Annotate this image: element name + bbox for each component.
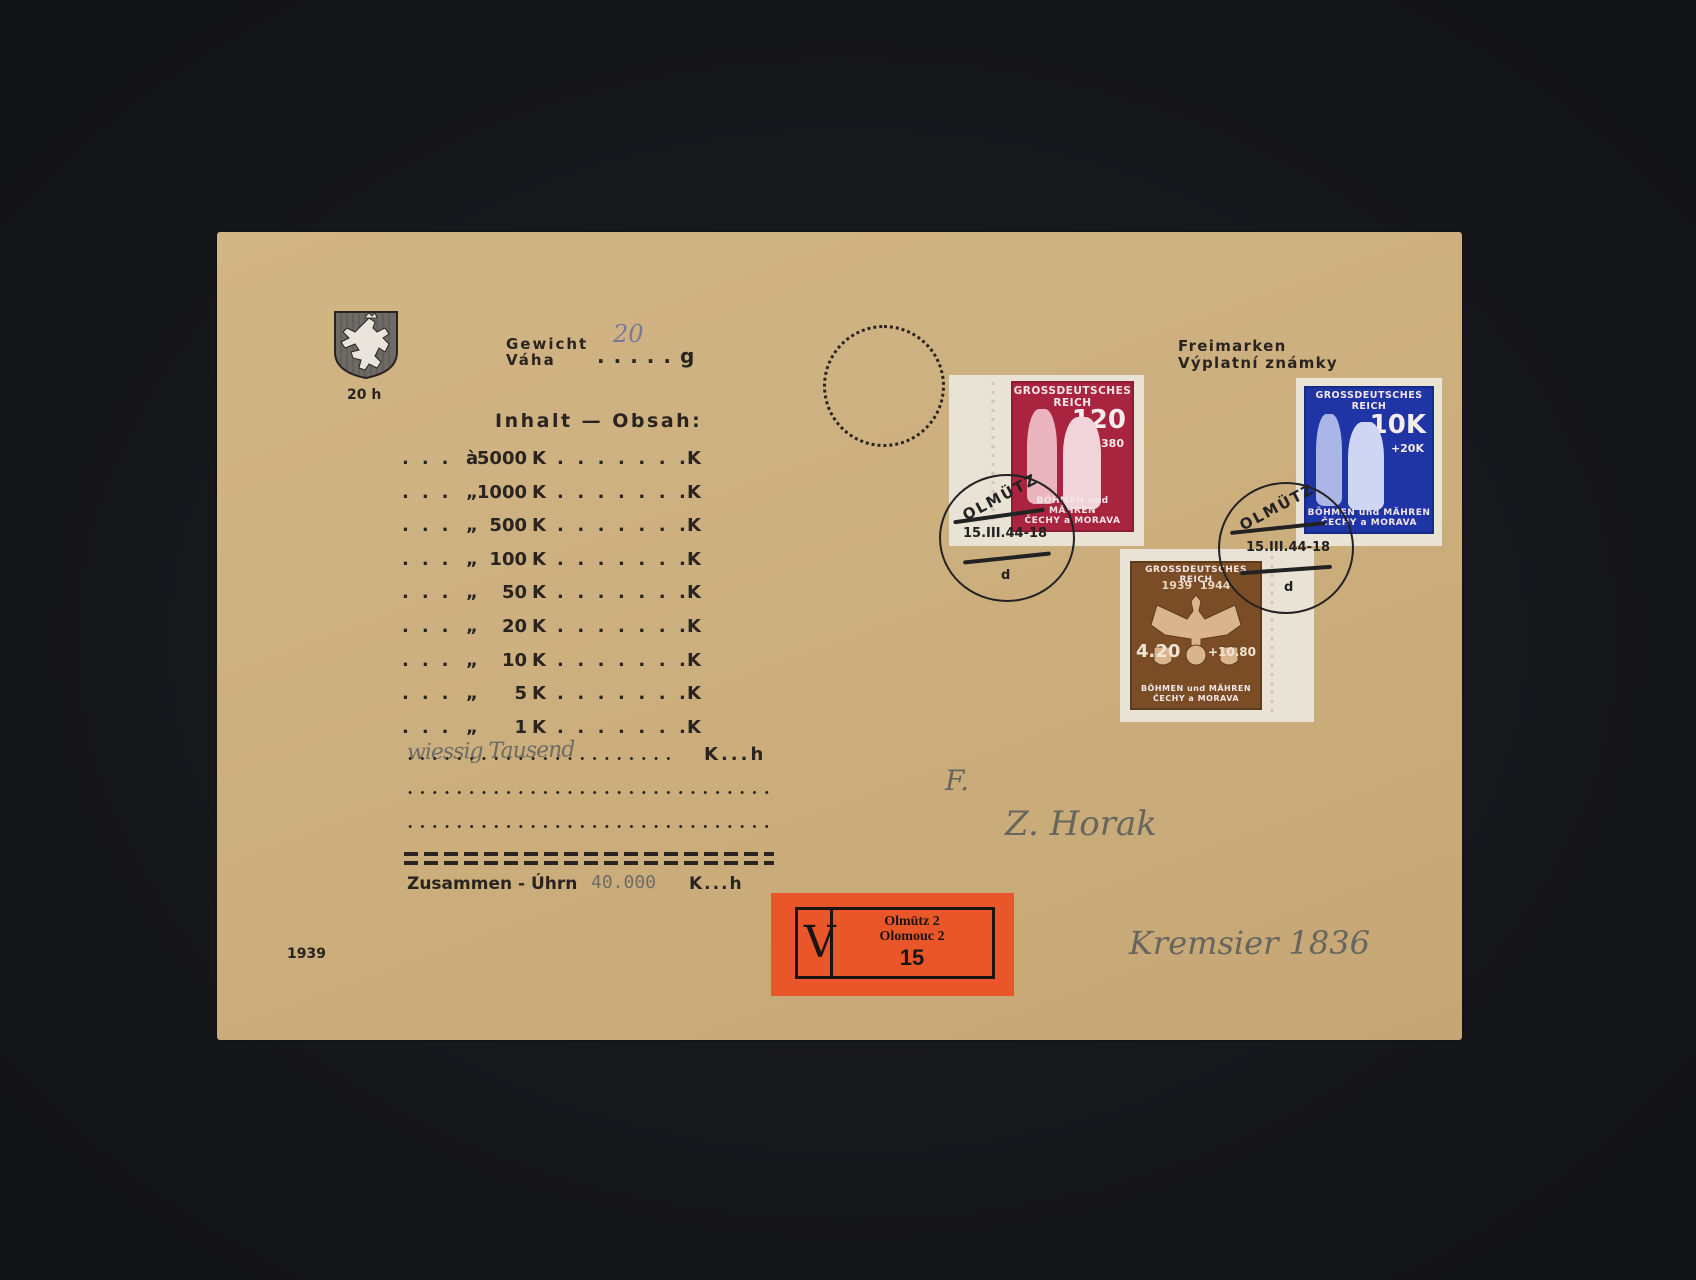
double-rule	[404, 852, 774, 856]
contents-row-unit: K	[532, 482, 546, 503]
contents-row-end: K	[687, 717, 701, 738]
contents-row-denomination: 50	[502, 582, 527, 603]
registration-office-de: Olmütz 2	[836, 914, 988, 929]
contents-row-unit: K	[532, 515, 546, 536]
registration-letter: V	[804, 910, 833, 976]
stamp-area-label-cz: Výplatní známky	[1178, 355, 1338, 372]
registration-text: Olmütz 2 Olomouc 2 15	[836, 914, 988, 972]
registration-number: 15	[836, 944, 988, 972]
weight-label-de: Gewicht	[506, 336, 588, 352]
contents-row-trail: .......	[557, 683, 699, 704]
contents-row-trail: .......	[557, 717, 699, 738]
postmark: OLMÜTZ 15.III.44-18 d	[939, 474, 1075, 602]
contents-row-end: K	[687, 616, 701, 637]
contents-row-trail: .......	[557, 482, 699, 503]
total-label: Zusammen - Úhrn	[407, 874, 577, 894]
stamp-top-text: GROSSDEUTSCHES REICH	[1306, 390, 1432, 412]
insured-letter-envelope: 20 h Gewicht Váha 20 .....g Inhalt — Obs…	[217, 232, 1462, 1040]
contents-row-end: K	[687, 448, 701, 469]
contents-row-lead: ...	[402, 616, 462, 637]
postmark: OLMÜTZ 15.III.44-18 d	[1218, 482, 1354, 614]
contents-row-trail: .......	[557, 448, 699, 469]
contents-row-mark: „	[466, 616, 478, 637]
contents-row: ...„20K.......K	[402, 616, 1002, 650]
contents-row-unit: K	[532, 717, 546, 738]
contents-row-end: K	[687, 515, 701, 536]
postmark-code: d	[1284, 580, 1293, 595]
postmark-bar	[963, 551, 1051, 564]
contents-row-lead: ...	[402, 582, 462, 603]
print-year: 1939	[287, 946, 326, 962]
total-suffix: K...h	[689, 874, 744, 894]
stamp-surcharge: +20K	[1391, 442, 1424, 455]
stamp-bottom-line: BÖHMEN und MÄHREN	[1132, 684, 1260, 694]
contents-row: ...à5000K.......K	[402, 448, 1002, 482]
contents-row-end: K	[687, 482, 701, 503]
contents-row-mark: „	[466, 717, 478, 738]
stamp-value: 4.20	[1136, 641, 1180, 662]
registration-label-frame: V Olmütz 2 Olomouc 2 15	[795, 907, 995, 979]
contents-row-trail: .......	[557, 582, 699, 603]
seal-circle	[823, 325, 945, 447]
dotted-line	[404, 757, 674, 760]
stamp-bottom-text: BÖHMEN und MÄHRENČECHY a MORAVA	[1132, 684, 1260, 704]
postmark-date: 15.III.44-18	[1246, 540, 1330, 555]
contents-row: ...„10K.......K	[402, 650, 1002, 684]
address-line-2: Z. Horak	[1005, 804, 1157, 844]
postmark-code: d	[1001, 568, 1010, 583]
contents-row-end: K	[687, 683, 701, 704]
handwritten-line-suffix: K...h	[704, 744, 766, 765]
contents-table: ...à5000K.......K...„1000K.......K...„50…	[402, 448, 1002, 750]
contents-row-unit: K	[532, 448, 546, 469]
dotted-line	[404, 825, 774, 828]
contents-row-denomination: 1	[514, 717, 527, 738]
stamp-surcharge: +10.80	[1208, 645, 1256, 659]
total-handwritten: 40.000	[591, 872, 656, 893]
weight-label: Gewicht Váha	[506, 336, 588, 368]
contents-row-mark: „	[466, 582, 478, 603]
contents-row-denomination: 10	[502, 650, 527, 671]
contents-row-mark: „	[466, 549, 478, 570]
contents-row-end: K	[687, 650, 701, 671]
contents-row-unit: K	[532, 683, 546, 704]
contents-row-trail: .......	[557, 549, 699, 570]
contents-row: ...„500K.......K	[402, 515, 1002, 549]
weight-field: .....g	[597, 344, 703, 368]
contents-row-denomination: 500	[489, 515, 527, 536]
imprint-value: 20 h	[347, 387, 381, 403]
contents-row-trail: .......	[557, 515, 699, 536]
contents-row-lead: ...	[402, 717, 462, 738]
contents-heading: Inhalt — Obsah:	[495, 410, 702, 432]
contents-row-denomination: 100	[489, 549, 527, 570]
contents-row-unit: K	[532, 549, 546, 570]
address-line-3: Kremsier 1836	[1129, 924, 1370, 962]
contents-row-denomination: 5	[514, 683, 527, 704]
postmark-bar	[1240, 565, 1332, 575]
contents-row-denomination: 1000	[477, 482, 527, 503]
weight-label-cz: Váha	[506, 352, 588, 368]
contents-row: ...„100K.......K	[402, 549, 1002, 583]
contents-row-denomination: 5000	[477, 448, 527, 469]
postmark-date: 15.III.44-18	[963, 526, 1047, 541]
contents-row-mark: „	[466, 650, 478, 671]
contents-row-unit: K	[532, 616, 546, 637]
contents-row-lead: ...	[402, 549, 462, 570]
contents-row: ...„50K.......K	[402, 582, 1002, 616]
contents-row-denomination: 20	[502, 616, 527, 637]
contents-row: ...„1000K.......K	[402, 482, 1002, 516]
contents-row-lead: ...	[402, 482, 462, 503]
registration-office-cz: Olomouc 2	[836, 929, 988, 944]
contents-row-end: K	[687, 582, 701, 603]
contents-row-end: K	[687, 549, 701, 570]
handwritten-amount-words: wiessig Tausend	[407, 736, 677, 766]
contents-row-mark: „	[466, 515, 478, 536]
contents-row-trail: .......	[557, 650, 699, 671]
stamp-area-label-de: Freimarken	[1178, 338, 1338, 355]
contents-row-lead: ...	[402, 448, 462, 469]
double-rule	[404, 861, 774, 865]
weight-unit: g	[680, 344, 703, 368]
contents-row-lead: ...	[402, 683, 462, 704]
dotted-line	[404, 791, 774, 794]
coat-of-arms-icon	[333, 310, 399, 380]
contents-row-unit: K	[532, 582, 546, 603]
contents-row-lead: ...	[402, 515, 462, 536]
insured-registration-label: V Olmütz 2 Olomouc 2 15	[771, 893, 1014, 996]
contents-row-trail: .......	[557, 616, 699, 637]
address-line-1: F.	[945, 764, 969, 797]
contents-row-unit: K	[532, 650, 546, 671]
stamp-area-label: Freimarken Výplatní známky	[1178, 338, 1338, 372]
stamp-bottom-line: ČECHY a MORAVA	[1132, 694, 1260, 704]
contents-row-lead: ...	[402, 650, 462, 671]
contents-row: ...„5K.......K	[402, 683, 1002, 717]
contents-row-mark: „	[466, 683, 478, 704]
woman-figure-icon	[1348, 422, 1384, 510]
weight-dots: .....	[597, 344, 680, 368]
